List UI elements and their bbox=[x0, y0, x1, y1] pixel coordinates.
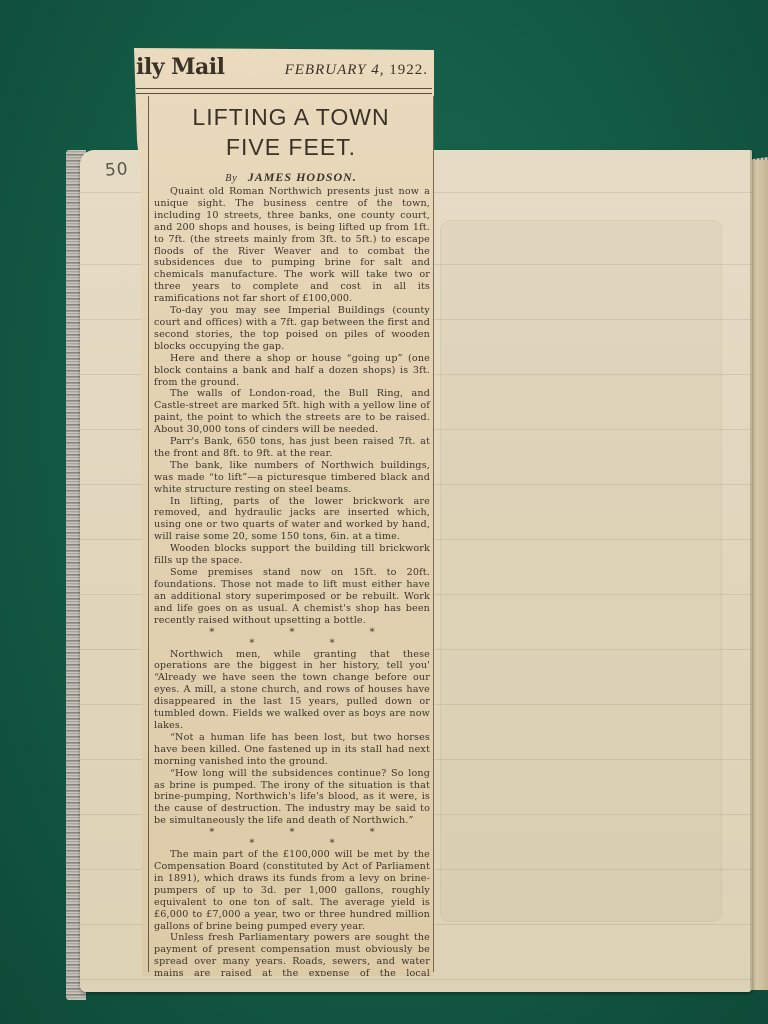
paragraph: The walls of London-road, the Bull Ring,… bbox=[154, 388, 430, 436]
byline-author: JAMES HODSON. bbox=[248, 170, 357, 184]
column-rule-left bbox=[148, 96, 149, 972]
headline-line-2: FIVE FEET. bbox=[148, 132, 434, 162]
paragraph: Here and there a shop or house “going up… bbox=[154, 353, 430, 389]
paragraph: “How long will the subsidences continue?… bbox=[154, 768, 430, 828]
photo-scene: 50 ily Mail FEBRUARY 4, 1922. LIFTING A … bbox=[0, 0, 768, 1024]
page-number: 50 bbox=[104, 159, 129, 181]
paragraph: To-day you may see Imperial Buildings (c… bbox=[154, 305, 430, 353]
section-separator: * * * * * bbox=[154, 627, 430, 649]
paragraph: Parr's Bank, 650 tons, has just been rai… bbox=[154, 436, 430, 460]
page-stain bbox=[440, 220, 722, 922]
article-body: Quaint old Roman Northwich presents just… bbox=[154, 186, 430, 992]
paragraph: Some premises stand now on 15ft. to 20ft… bbox=[154, 567, 430, 627]
masthead-rule bbox=[136, 88, 432, 94]
page-margin-line bbox=[750, 150, 752, 992]
paragraph: The main part of the £100,000 will be me… bbox=[154, 849, 430, 932]
date-month-day: FEBRUARY 4, bbox=[285, 62, 385, 78]
byline-prefix: By bbox=[225, 173, 238, 184]
column-rule-right bbox=[433, 96, 434, 972]
headline: LIFTING A TOWN FIVE FEET. bbox=[148, 102, 434, 162]
headline-line-1: LIFTING A TOWN bbox=[148, 102, 434, 132]
newspaper-clipping: ily Mail FEBRUARY 4, 1922. LIFTING A TOW… bbox=[134, 48, 434, 976]
masthead: ily Mail FEBRUARY 4, 1922. bbox=[134, 52, 434, 84]
paragraph: The bank, like numbers of Northwich buil… bbox=[154, 460, 430, 496]
paragraph: In lifting, parts of the lower brickwork… bbox=[154, 496, 430, 544]
section-separator: * * * * * bbox=[154, 827, 430, 849]
paragraph: Wooden blocks support the building till … bbox=[154, 543, 430, 567]
publication-date: FEBRUARY 4, 1922. bbox=[285, 62, 428, 79]
newspaper-name: ily Mail bbox=[136, 54, 224, 80]
paragraph: “Not a human life has been lost, but two… bbox=[154, 732, 430, 768]
byline: By JAMES HODSON. bbox=[148, 170, 434, 185]
date-year: 1922. bbox=[389, 62, 428, 78]
paragraph: Northwich men, while granting that these… bbox=[154, 649, 430, 732]
paragraph: Quaint old Roman Northwich presents just… bbox=[154, 186, 430, 305]
